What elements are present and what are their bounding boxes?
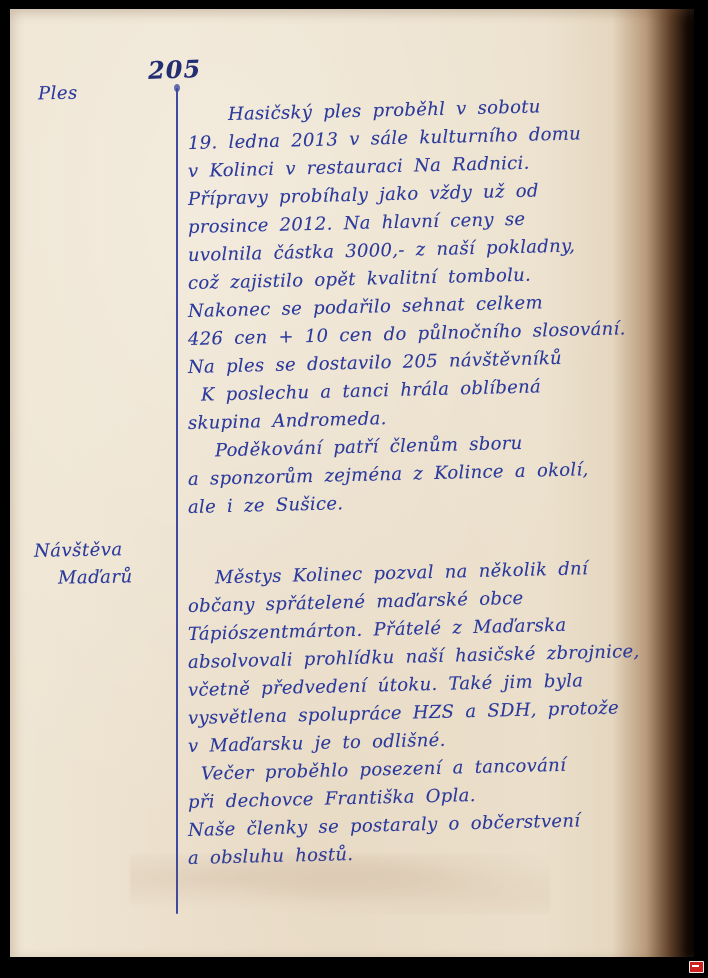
screenshot-root: { "page_number": "205", "colors": { "ink… <box>0 0 708 978</box>
ink-bleed-through <box>130 854 550 914</box>
scanned-chronicle-page: 205 Ples Návštěva Maďarů Hasičský ples p… <box>10 9 694 957</box>
section-navsteva-madaru-text: Městys Kolinec pozval na několik dní obč… <box>188 565 693 873</box>
watermark-icon <box>689 961 704 973</box>
margin-label-madaru: Maďarů <box>58 566 133 588</box>
page-number: 205 <box>148 54 202 85</box>
margin-label-navsteva: Návštěva <box>34 539 123 562</box>
section-ples-text: Hasičský ples proběhl v sobotu 19. ledna… <box>188 102 693 522</box>
margin-rule-line <box>176 88 178 914</box>
margin-label-ples: Ples <box>38 83 78 105</box>
